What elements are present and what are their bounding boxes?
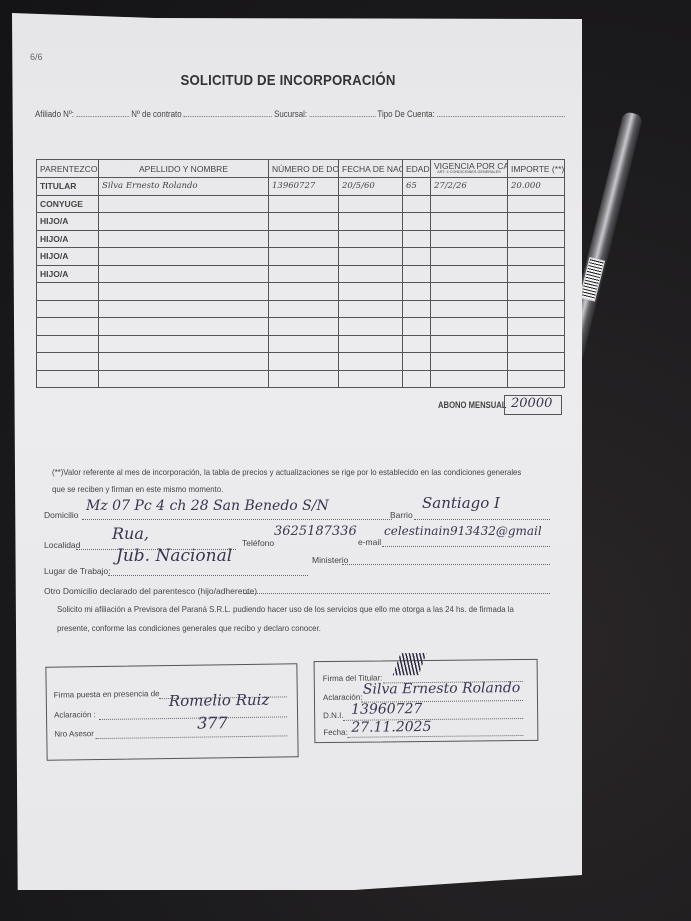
vigencia-cell[interactable] — [431, 335, 508, 353]
table-row: TITULARSilva Ernesto Rolando1396072720/5… — [37, 178, 565, 196]
col-numero-doc: NÚMERO DE DOC. — [269, 160, 339, 178]
parentezco-cell — [37, 370, 99, 388]
advisor-aclaracion-value[interactable]: Romelio Ruiz — [169, 691, 270, 710]
nombre-cell[interactable] — [99, 300, 269, 318]
parentezco-cell: CONYUGE — [37, 195, 99, 213]
importe-cell[interactable] — [508, 248, 565, 266]
edad-cell[interactable] — [403, 370, 431, 388]
col-vigencia-subtitle: ART. 4 CONDICIONES GENERALES — [434, 169, 504, 175]
col-parentezco: PARENTEZCO — [37, 160, 99, 178]
parentezco-cell: HIJO/A — [37, 213, 99, 231]
doc-cell[interactable] — [269, 300, 339, 318]
edad-cell[interactable] — [403, 353, 431, 371]
otro-domicilio-label: Otro Domicilio declarado del parentesco … — [44, 586, 257, 596]
sucursal-label: Sucursal: — [274, 109, 307, 119]
fecha-nac-cell[interactable] — [339, 353, 403, 371]
email-line — [382, 545, 550, 547]
nombre-cell[interactable] — [99, 248, 269, 266]
table-row — [37, 370, 565, 388]
abono-mensual-label: ABONO MENSUAL — [438, 400, 506, 410]
table-row — [37, 353, 565, 371]
advisor-nro-line — [95, 734, 287, 739]
doc-cell[interactable] — [269, 248, 339, 266]
importe-cell[interactable] — [508, 195, 565, 213]
nombre-cell[interactable] — [99, 335, 269, 353]
localidad-value[interactable]: Rua, — [112, 524, 149, 543]
trabajo-label: Lugar de Trabajo: — [44, 566, 111, 576]
importe-cell[interactable] — [508, 265, 565, 283]
doc-cell[interactable] — [269, 195, 339, 213]
advisor-aclaracion-label: Aclaración : — [54, 710, 96, 720]
doc-cell[interactable] — [269, 370, 339, 388]
edad-cell[interactable] — [403, 335, 431, 353]
importe-cell[interactable]: 20.000 — [508, 178, 565, 196]
fecha-nac-cell[interactable] — [339, 213, 403, 231]
doc-cell[interactable]: 13960727 — [269, 178, 339, 196]
sucursal-field[interactable] — [309, 108, 375, 117]
advisor-nro-label: Nro Asesor — [54, 729, 94, 739]
tipo-cuenta-field[interactable] — [437, 108, 565, 117]
fecha-nac-cell[interactable] — [339, 230, 403, 248]
nombre-cell[interactable]: Silva Ernesto Rolando — [99, 178, 269, 196]
price-note: (**)Valor referente al mes de incorporac… — [52, 464, 526, 498]
doc-cell[interactable] — [269, 318, 339, 336]
edad-cell[interactable] — [403, 265, 431, 283]
otro-domicilio-field[interactable] — [244, 592, 550, 594]
table-row — [37, 300, 565, 318]
email-value[interactable]: celestinain913432@gmail — [384, 524, 542, 538]
declaration-text: Solicito mi afiliación a Previsora del P… — [57, 600, 526, 638]
barrio-line — [414, 518, 550, 520]
email-label: e-mail — [358, 537, 381, 547]
afiliado-field[interactable] — [76, 108, 129, 117]
doc-cell[interactable] — [269, 335, 339, 353]
vigencia-cell[interactable]: 27/2/26 — [431, 178, 508, 196]
fecha-nac-cell[interactable] — [339, 283, 403, 301]
telefono-label: Teléfono — [242, 538, 274, 548]
fecha-nac-cell[interactable] — [339, 300, 403, 318]
col-vigencia: VIGENCIA POR CARENCIA ART. 4 CONDICIONES… — [431, 160, 508, 178]
fecha-nac-cell[interactable] — [339, 318, 403, 336]
nombre-cell[interactable] — [99, 230, 269, 248]
parentezco-cell: HIJO/A — [37, 230, 99, 248]
importe-cell[interactable] — [508, 213, 565, 231]
edad-cell[interactable] — [403, 248, 431, 266]
tipo-cuenta-label: Tipo De Cuenta: — [377, 109, 434, 119]
edad-cell[interactable] — [403, 300, 431, 318]
advisor-aclaracion-line — [99, 715, 287, 720]
col-apellido-nombre: APELLIDO Y NOMBRE — [99, 160, 269, 178]
ministerio-field[interactable] — [342, 563, 550, 565]
vigencia-cell[interactable] — [431, 195, 508, 213]
parentezco-cell — [37, 283, 99, 301]
nombre-cell[interactable] — [99, 370, 269, 388]
nombre-cell[interactable] — [99, 265, 269, 283]
parentezco-cell: HIJO/A — [37, 248, 99, 266]
table-row — [37, 283, 565, 301]
nombre-cell[interactable] — [99, 283, 269, 301]
table-row: HIJO/A — [37, 230, 565, 248]
nombre-cell[interactable] — [99, 318, 269, 336]
page-number: 6/6 — [30, 52, 43, 62]
header-fields: Afiliado Nº: Nº de contrato Sucursal: Ti… — [35, 108, 565, 119]
nombre-cell[interactable] — [99, 195, 269, 213]
edad-cell[interactable] — [403, 195, 431, 213]
page-title: SOLICITUD DE INCORPORACIÓN — [45, 72, 531, 89]
vigencia-cell[interactable] — [431, 283, 508, 301]
edad-cell[interactable] — [403, 213, 431, 231]
fecha-nac-cell[interactable] — [339, 195, 403, 213]
importe-cell[interactable] — [508, 300, 565, 318]
titular-aclaracion-label: Aclaración: — [323, 693, 363, 702]
vigencia-cell[interactable] — [431, 318, 508, 336]
col-edad: EDAD — [403, 160, 431, 178]
nombre-cell[interactable] — [99, 353, 269, 371]
afiliado-label: Afiliado Nº: — [35, 109, 74, 119]
telefono-value[interactable]: 3625187336 — [274, 524, 357, 539]
importe-cell[interactable] — [508, 335, 565, 353]
vigencia-cell[interactable] — [431, 213, 508, 231]
importe-cell[interactable] — [508, 283, 565, 301]
titular-dni-value[interactable]: 13960727 — [351, 701, 422, 718]
domicilio-value[interactable]: Mz 07 Pc 4 ch 28 San Benedo S/N — [86, 498, 329, 514]
doc-cell[interactable] — [269, 283, 339, 301]
importe-cell[interactable] — [508, 370, 565, 388]
advisor-firma-label: Firma puesta en presencia de — [54, 689, 160, 699]
titular-dni-label: D.N.I. — [323, 711, 344, 720]
parentezco-cell: HIJO/A — [37, 265, 99, 283]
edad-cell[interactable] — [403, 283, 431, 301]
advisor-signature-box: Firma puesta en presencia de Aclaración … — [45, 663, 298, 761]
doc-cell[interactable] — [269, 265, 339, 283]
contrato-label: Nº de contrato — [131, 109, 181, 119]
edad-cell[interactable] — [403, 230, 431, 248]
col-importe: IMPORTE (**) — [508, 160, 565, 178]
parentezco-cell — [37, 300, 99, 318]
table-row: CONYUGE — [37, 195, 565, 213]
vigencia-cell[interactable] — [431, 370, 508, 388]
table-row — [37, 318, 565, 336]
titular-signature-scribble — [393, 653, 427, 675]
vigencia-cell[interactable] — [431, 265, 508, 283]
abono-mensual-value: 20000 — [511, 396, 552, 411]
barrio-label: Barrio — [390, 510, 413, 520]
doc-cell[interactable] — [269, 230, 339, 248]
trabajo-line — [108, 574, 308, 576]
localidad-label: Localidad — [44, 540, 80, 550]
titular-signature-box: Firma del Titular: Aclaración: Silva Ern… — [314, 659, 539, 743]
fecha-nac-cell[interactable] — [339, 248, 403, 266]
parentezco-cell — [37, 318, 99, 336]
parentezco-cell — [37, 335, 99, 353]
titular-fecha-value[interactable]: 27.11.2025 — [351, 719, 431, 736]
family-table: PARENTEZCO APELLIDO Y NOMBRE NÚMERO DE D… — [36, 159, 565, 388]
barrio-value[interactable]: Santiago I — [422, 494, 500, 512]
fecha-nac-cell[interactable] — [339, 265, 403, 283]
nombre-cell[interactable] — [99, 213, 269, 231]
table-row — [37, 335, 565, 353]
edad-cell[interactable]: 65 — [403, 178, 431, 196]
abono-mensual-field[interactable]: 20000 — [504, 395, 562, 415]
col-fecha-nac: FECHA DE NAC. — [339, 160, 403, 178]
domicilio-line — [82, 518, 392, 520]
parentezco-cell: TITULAR — [37, 178, 99, 196]
doc-cell[interactable] — [269, 213, 339, 231]
form-page: 6/6 SOLICITUD DE INCORPORACIÓN Afiliado … — [12, 10, 582, 890]
vigencia-cell[interactable] — [431, 230, 508, 248]
domicilio-label: Domicilio — [44, 510, 78, 520]
fecha-nac-cell[interactable]: 20/5/60 — [339, 178, 403, 196]
fecha-nac-cell[interactable] — [339, 335, 403, 353]
doc-cell[interactable] — [269, 353, 339, 371]
table-header-row: PARENTEZCO APELLIDO Y NOMBRE NÚMERO DE D… — [37, 160, 565, 178]
table-row: HIJO/A — [37, 265, 565, 283]
fecha-nac-cell[interactable] — [339, 370, 403, 388]
table-row: HIJO/A — [37, 213, 565, 231]
vigencia-cell[interactable] — [431, 248, 508, 266]
contrato-field[interactable] — [184, 108, 272, 117]
trabajo-value[interactable]: Jub. Nacional — [116, 546, 232, 566]
vigencia-cell[interactable] — [431, 353, 508, 371]
titular-aclaracion-value[interactable]: Silva Ernesto Rolando — [363, 680, 521, 698]
importe-cell[interactable] — [508, 230, 565, 248]
table-row: HIJO/A — [37, 248, 565, 266]
titular-fecha-label: Fecha: — [323, 728, 348, 737]
table-body: TITULARSilva Ernesto Rolando1396072720/5… — [37, 178, 565, 388]
edad-cell[interactable] — [403, 318, 431, 336]
vigencia-cell[interactable] — [431, 300, 508, 318]
importe-cell[interactable] — [508, 318, 565, 336]
importe-cell[interactable] — [508, 353, 565, 371]
parentezco-cell — [37, 353, 99, 371]
advisor-nro-value[interactable]: 377 — [197, 713, 228, 732]
